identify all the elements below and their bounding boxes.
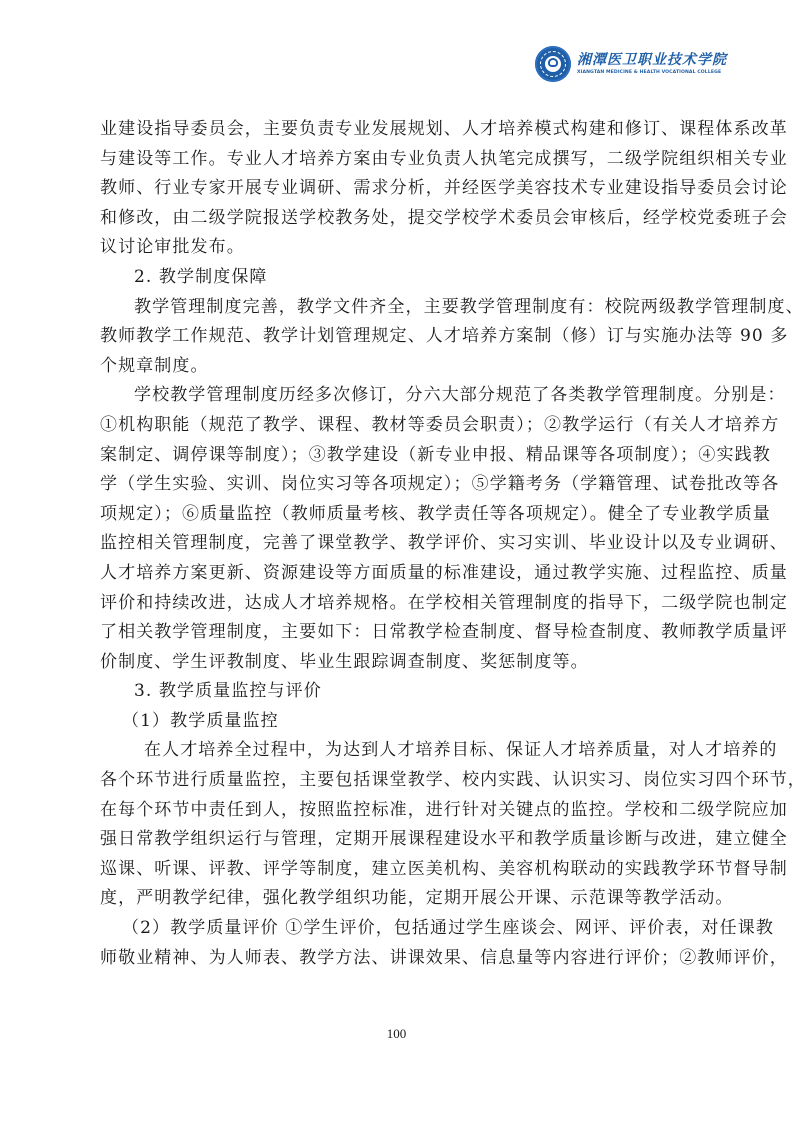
paragraph-line: 和修改，由二级学院报送学校教务处，提交学校学术委员会审核后，经学校党委班子会 [100,204,700,234]
paragraph-line: 了相关教学管理制度，主要如下：日常教学检查制度、督导检查制度、教师教学质量评 [100,618,700,648]
paragraph-line: 在人才培养全过程中，为达到人才培养目标、保证人才培养质量，对人才培养的 [100,736,700,766]
paragraph-line: 巡课、听课、评教、评学等制度，建立医美机构、美容机构联动的实践教学环节督导制 [100,855,700,885]
paragraph-line: 价制度、学生评教制度、毕业生跟踪调查制度、奖惩制度等。 [100,648,700,678]
college-logo: 湘潭医卫职业技术学院 XIANGTAN MEDICINE & HEALTH VO… [535,44,725,84]
paragraph-line: 各个环节进行质量监控，主要包括课堂教学、校内实践、认识实习、岗位实习四个环节， [100,766,700,796]
paragraph-line: （2）教学质量评价 ①学生评价，包括通过学生座谈会、网评、评价表，对任课教 [100,914,700,944]
college-emblem-icon [535,46,571,82]
paragraph-line: 教师、行业专家开展专业调研、需求分析，并经医学美容技术专业建设指导委员会讨论 [100,174,700,204]
paragraph-line: 教师教学工作规范、教学计划管理规定、人才培养方案制（修）订与实施办法等 90 多 [100,322,700,352]
subsection-heading: （1）教学质量监控 [100,707,700,737]
paragraph-line: 强日常教学组织运行与管理，定期开展课程建设水平和教学质量诊断与改进，建立健全 [100,825,700,855]
paragraph-line: 师敬业精神、为人师表、教学方法、讲课效果、信息量等内容进行评价；②教师评价， [100,944,700,974]
section-heading: 2. 教学制度保障 [100,263,700,293]
section-heading: 3. 教学质量监控与评价 [100,677,700,707]
paragraph-line: 学校教学管理制度历经多次修订，分六大部分规范了各类教学管理制度。分别是： [100,381,700,411]
paragraph-line: 度，严明教学纪律，强化教学组织功能，定期开展公开课、示范课等教学活动。 [100,884,700,914]
college-name: 湘潭医卫职业技术学院 XIANGTAN MEDICINE & HEALTH VO… [577,52,727,76]
paragraph-line: 教学管理制度完善，教学文件齐全，主要教学管理制度有：校院两级教学管理制度、 [100,293,700,323]
document-body: 业建设指导委员会，主要负责专业发展规划、人才培养模式构建和修订、课程体系改革 与… [100,115,700,973]
paragraph-line: ①机构职能（规范了教学、课程、教材等委员会职责）；②教学运行（有关人才培养方 [100,411,700,441]
page-number: 100 [0,1026,793,1042]
paragraph-line: 业建设指导委员会，主要负责专业发展规划、人才培养模式构建和修订、课程体系改革 [100,115,700,145]
paragraph-line: 议讨论审批发布。 [100,233,700,263]
paragraph-line: 人才培养方案更新、资源建设等方面质量的标准建设，通过教学实施、过程监控、质量 [100,559,700,589]
paragraph-line: 项规定）；⑥质量监控（教师质量考核、教学责任等各项规定）。健全了专业教学质量 [100,500,700,530]
paragraph-line: 学（学生实验、实训、岗位实习等各项规定）；⑤学籍考务（学籍管理、试卷批改等各 [100,470,700,500]
college-name-chinese: 湘潭医卫职业技术学院 [577,52,727,69]
paragraph-line: 个规章制度。 [100,352,700,382]
paragraph-line: 监控相关管理制度，完善了课堂教学、教学评价、实习实训、毕业设计以及专业调研、 [100,529,700,559]
paragraph-line: 评价和持续改进，达成人才培养规格。在学校相关管理制度的指导下，二级学院也制定 [100,589,700,619]
paragraph-line: 案制定、调停课等制度）；③教学建设（新专业申报、精品课等各项制度）；④实践教 [100,441,700,471]
paragraph-line: 在每个环节中责任到人，按照监控标准，进行针对关键点的监控。学校和二级学院应加 [100,796,700,826]
college-name-english: XIANGTAN MEDICINE & HEALTH VOCATIONAL CO… [577,69,727,76]
paragraph-line: 与建设等工作。专业人才培养方案由专业负责人执笔完成撰写，二级学院组织相关专业 [100,145,700,175]
